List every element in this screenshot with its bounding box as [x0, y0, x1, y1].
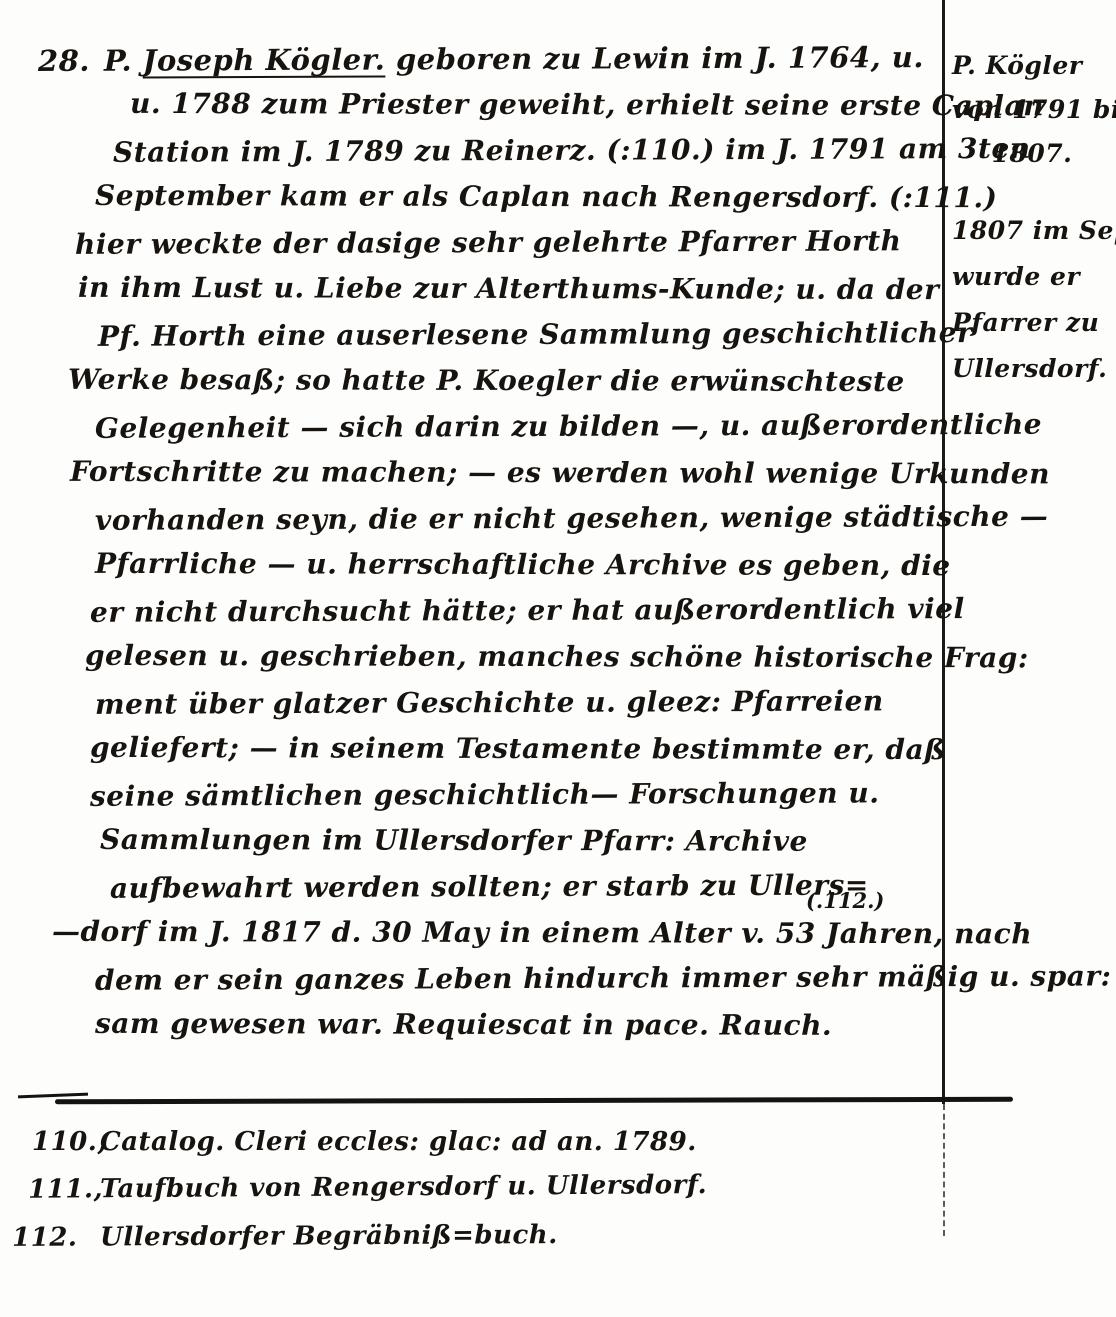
manuscript-line: Pfarrliche — u. herrschaftliche Archive …: [95, 541, 944, 589]
manuscript-line: Station im J. 1789 zu Reinerz. (:110.) i…: [113, 126, 944, 176]
manuscript-title-line: 28.P. Joseph Kögler. geboren zu Lewin im…: [38, 34, 944, 84]
title-rest: geboren zu Lewin im J. 1764, u.: [396, 40, 924, 76]
margin-note-line: 1807 im Septb.: [952, 208, 1112, 254]
manuscript-line: Sammlungen im Ullersdorfer Pfarr: Archiv…: [100, 817, 944, 865]
manuscript-line: Fortschritte zu machen; — es werden wohl…: [70, 449, 944, 497]
margin-vertical-rule-dashed: [943, 1104, 945, 1236]
person-name-underlined: Joseph Kögler.: [143, 42, 386, 77]
manuscript-line: Werke besaß; so hatte P. Koegler die erw…: [68, 357, 944, 405]
footnote-text: Taufbuch von Rengersdorf u. Ullersdorf.: [100, 1165, 707, 1209]
entry-number: 28.: [38, 44, 90, 78]
divider-rule-tail: [18, 1093, 88, 1099]
margin-note-1807-pfarrer: 1807 im Septb. wurde er Pfarrer zu Uller…: [952, 208, 1112, 392]
footnote-number: 110.,: [32, 1122, 107, 1162]
title-prefix: P.: [104, 44, 132, 78]
manuscript-line: dem er sein ganzes Leben hindurch immer …: [95, 954, 944, 1004]
footnote-text: Ullersdorfer Begräbniß=buch.: [100, 1215, 558, 1257]
margin-note-line: 1807.: [952, 132, 1112, 176]
manuscript-page: 28.P. Joseph Kögler. geboren zu Lewin im…: [0, 0, 1116, 1317]
divider-rule: [55, 1097, 1013, 1105]
manuscript-line: Pf. Horth eine auserlesene Sammlung gesc…: [98, 310, 944, 360]
margin-note-koegler-years: P. Kögler von 1791 bis 1807.: [952, 44, 1112, 176]
footnote-number: 111.,: [28, 1169, 103, 1210]
footnote-number: 112.: [12, 1218, 78, 1258]
margin-note-line: von 1791 bis: [952, 88, 1112, 132]
footnote-reference-112: (.112.): [806, 888, 884, 913]
manuscript-line: seine sämtlichen geschichtlich— Forschun…: [90, 770, 944, 820]
margin-note-line: wurde er: [952, 254, 1112, 300]
manuscript-line: u. 1788 zum Priester geweiht, erhielt se…: [130, 81, 944, 129]
manuscript-line: ment über glatzer Geschichte u. gleez: P…: [95, 678, 944, 728]
manuscript-line: sam gewesen war. Requiescat in pace. Rau…: [95, 1001, 944, 1049]
manuscript-body: 28.P. Joseph Kögler. geboren zu Lewin im…: [0, 36, 944, 1048]
manuscript-line: —dorf im J. 1817 d. 30 May in einem Alte…: [52, 909, 944, 957]
margin-note-line: P. Kögler: [952, 44, 1112, 88]
manuscript-line: vorhanden seyn, die er nicht gesehen, we…: [95, 494, 944, 544]
margin-note-line: Ullersdorf.: [952, 346, 1112, 392]
manuscript-line: gelesen u. geschrieben, manches schöne h…: [85, 633, 944, 681]
manuscript-line: in ihm Lust u. Liebe zur Alterthums-Kund…: [78, 265, 944, 313]
manuscript-line: geliefert; — in seinem Testamente bestim…: [90, 725, 944, 773]
manuscript-line: Gelegenheit — sich darin zu bilden —, u.…: [95, 402, 944, 452]
manuscript-line: er nicht durchsucht hätte; er hat außero…: [90, 586, 944, 636]
manuscript-line: hier weckte der dasige sehr gelehrte Pfa…: [75, 218, 944, 268]
margin-note-line: Pfarrer zu: [952, 300, 1112, 346]
footnote-text: Catalog. Cleri eccles: glac: ad an. 1789…: [100, 1122, 697, 1162]
manuscript-line: September kam er als Caplan nach Rengers…: [95, 173, 944, 221]
